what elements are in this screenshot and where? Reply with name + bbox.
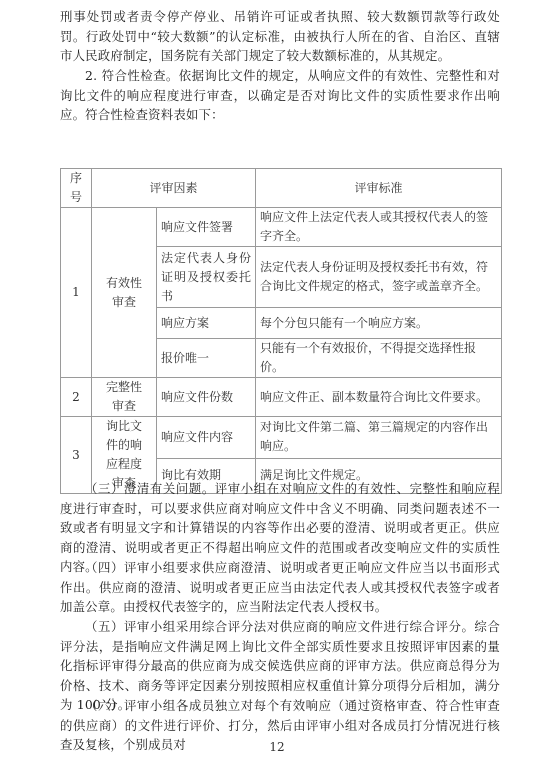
row-standard: 对询比文件第二篇、第三篇规定的内容作出响应。 [256,417,502,459]
header-standard: 评审标准 [256,169,502,208]
table-row: 3 询比文件的响应程度审查 响应文件内容 对询比文件第二篇、第三篇规定的内容作出… [61,417,502,459]
row-category: 完整性审查 [92,378,157,417]
row-item: 报价唯一 [157,339,256,378]
header-factor: 评审因素 [92,169,256,208]
row-standard: 只能有一个有效报价，不得提交选择性报价。 [256,339,502,378]
page-number: 12 [0,740,554,754]
paragraph-penalty-standard: 刑事处罚或者责令停产停业、吊销许可证或者执照、较大数额罚款等行政处罚。行政处罚中… [60,7,500,66]
row-item: 响应文件签署 [157,208,256,247]
paragraph-compliance-check: 2. 符合性检查。依据询比文件的规定，从响应文件的有效性、完整性和对询比文件的响… [60,66,500,125]
table-header-row: 序号 评审因素 评审标准 [61,169,502,208]
compliance-check-table: 序号 评审因素 评审标准 1 有效性审查 响应文件签署 响应文件上法定代表人或其… [60,168,502,494]
table-row: 1 有效性审查 响应文件签署 响应文件上法定代表人或其授权代表人的签字齐全。 [61,208,502,247]
row-standard: 法定代表人身份证明及授权委托书有效，符合询比文件规定的格式，签字或盖章齐全。 [256,247,502,308]
row-item: 响应方案 [157,308,256,339]
row-category: 有效性审查 [92,208,157,378]
document-page: 刑事处罚或者责令停产停业、吊销许可证或者执照、较大数额罚款等行政处罚。行政处罚中… [0,0,554,783]
row-no: 2 [61,378,92,417]
table-row: 2 完整性审查 响应文件份数 响应文件正、副本数量符合询比文件要求。 [61,378,502,417]
header-no: 序号 [61,169,92,208]
row-item: 法定代表人身份证明及授权委托书 [157,247,256,308]
row-standard: 响应文件正、副本数量符合询比文件要求。 [256,378,502,417]
row-item: 响应文件内容 [157,417,256,459]
row-no: 1 [61,208,92,378]
row-standard: 每个分包只能有一个响应方案。 [256,308,502,339]
row-item: 响应文件份数 [157,378,256,417]
row-standard: 响应文件上法定代表人或其授权代表人的签字齐全。 [256,208,502,247]
paragraph-written-clarification: （四）评审小组要求供应商澄清、说明或者更正响应文件应当以书面形式作出。供应商的澄… [60,558,500,617]
